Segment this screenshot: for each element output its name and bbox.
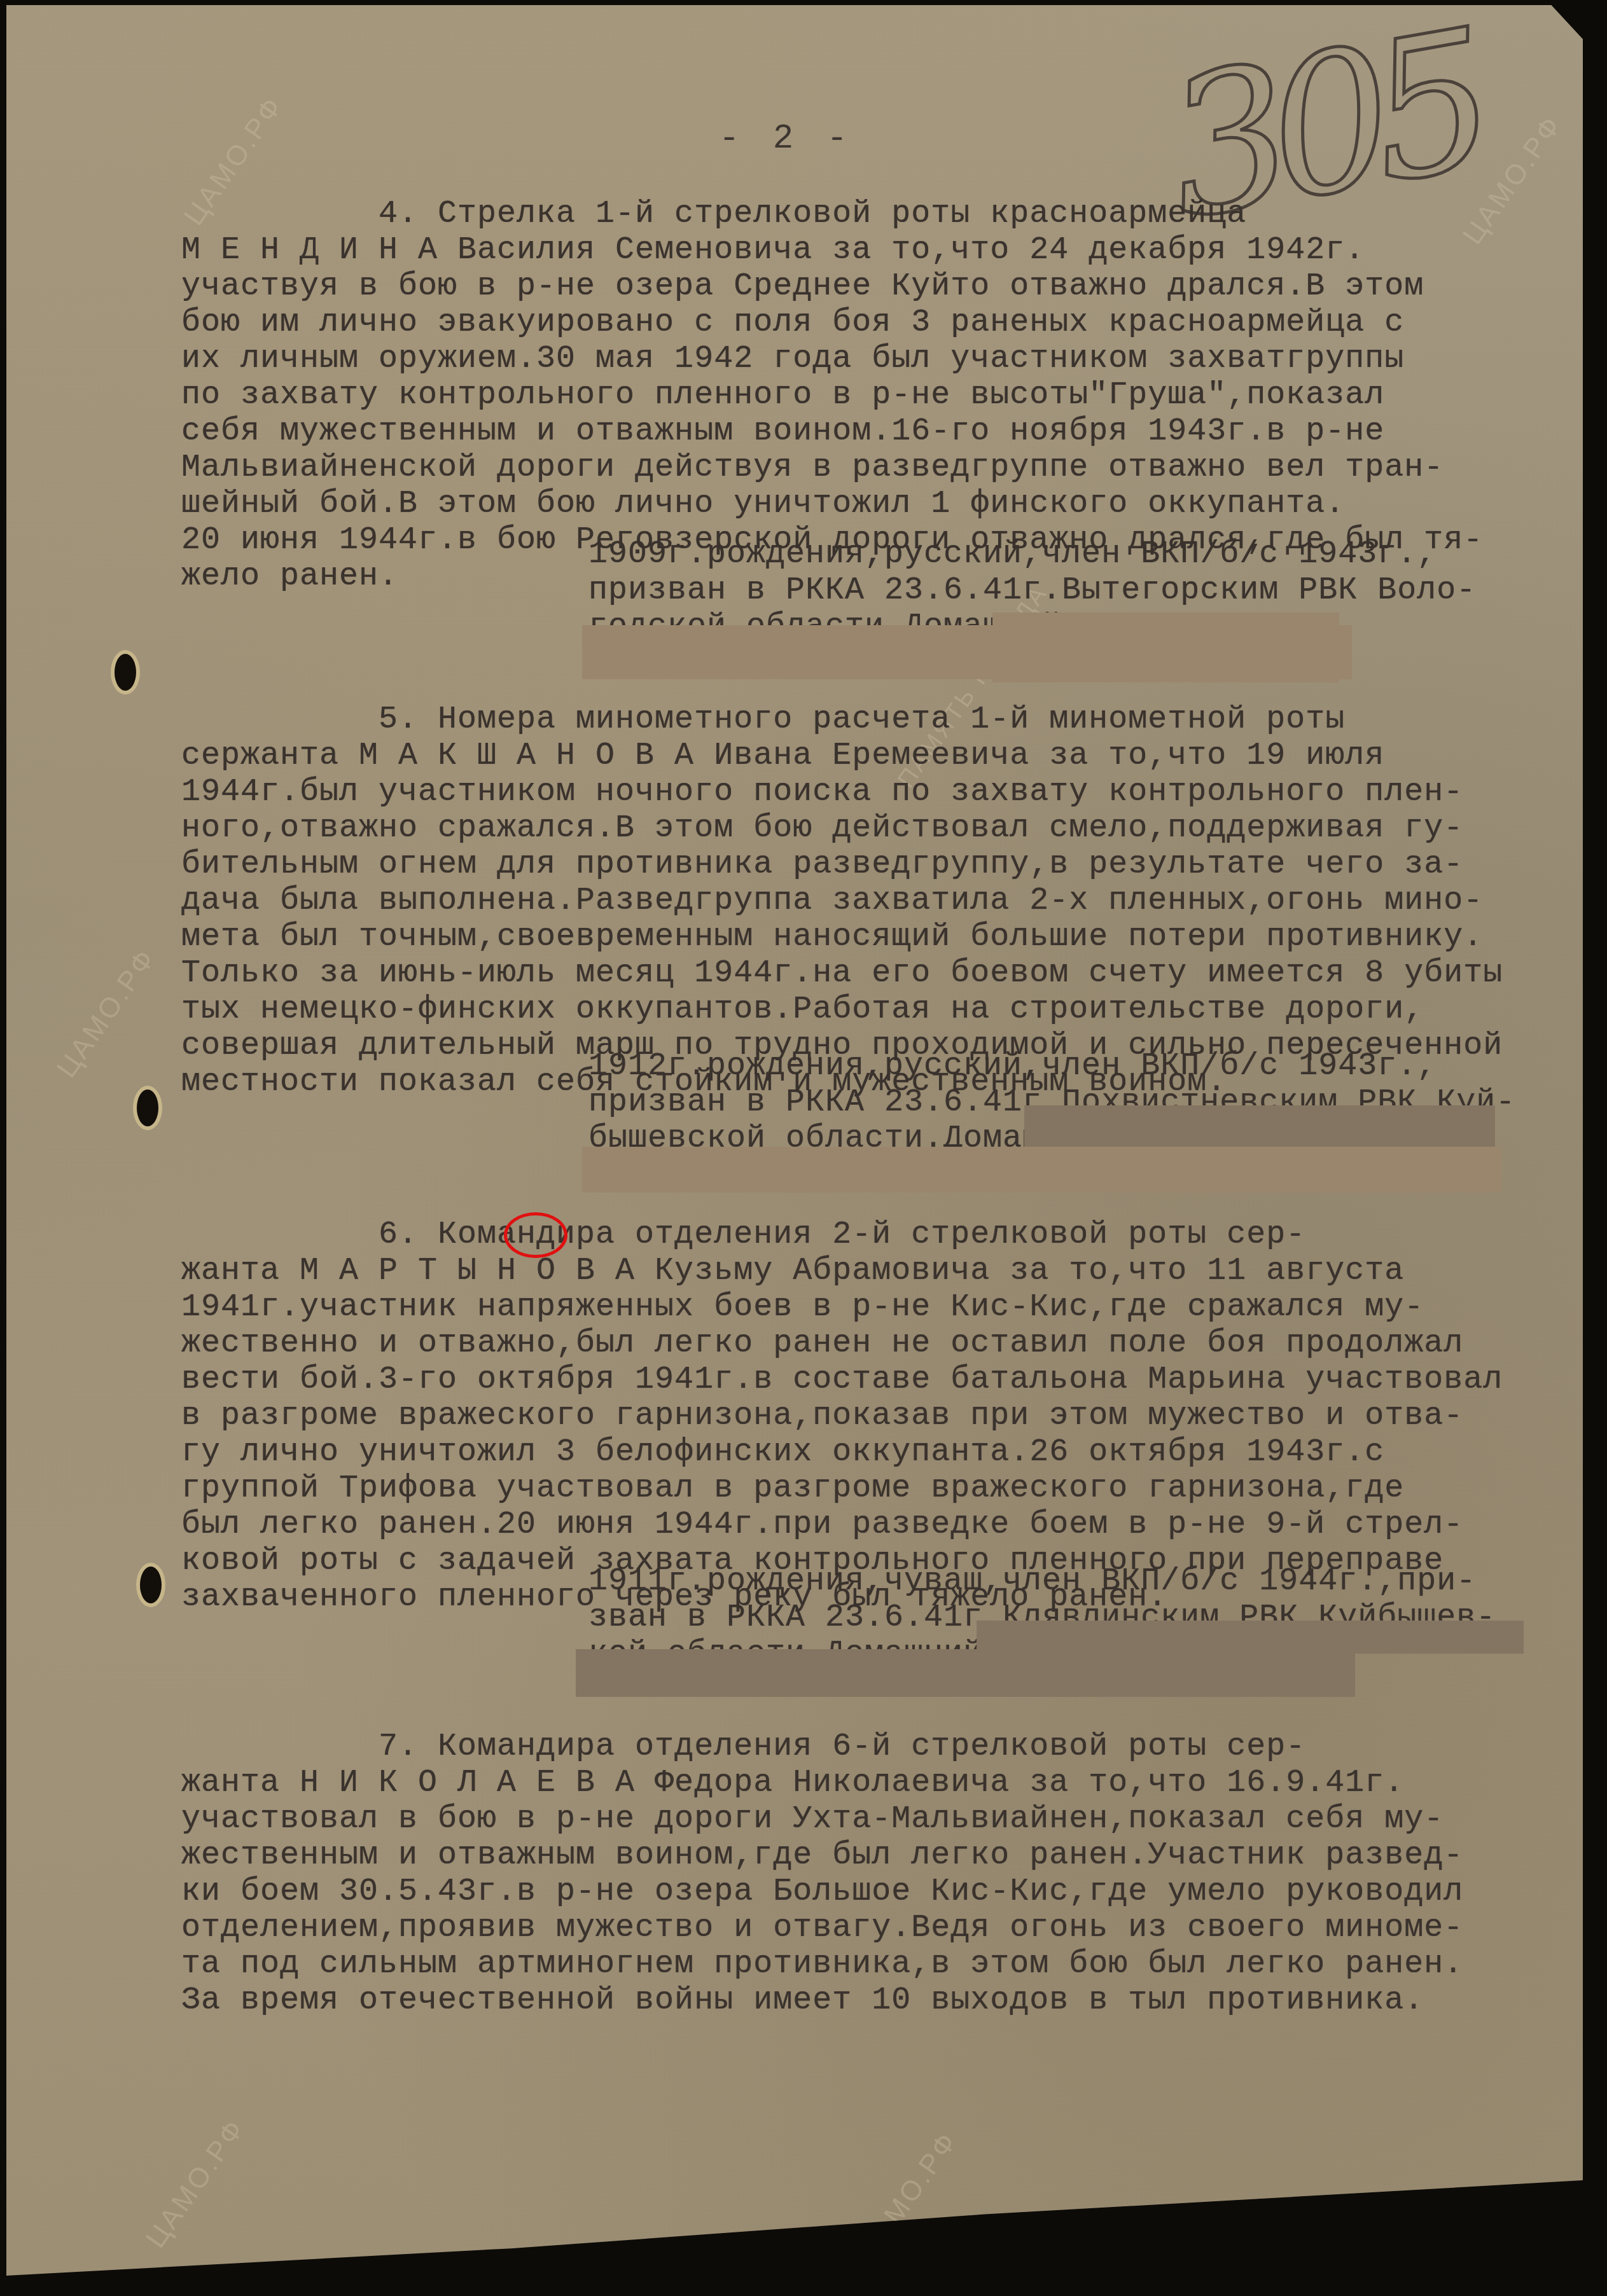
page-number: - 2 - [719, 120, 854, 158]
redaction-block [1024, 1105, 1495, 1150]
watermark: ЦАМО.РФ [51, 943, 163, 1083]
redaction-block [582, 625, 1352, 679]
redaction-block [582, 1147, 1501, 1193]
redaction-block [576, 1649, 1355, 1697]
red-circle-mark [504, 1212, 567, 1258]
binding-hole [115, 654, 136, 691]
watermark: ЦАМО.РФ [140, 2113, 252, 2253]
watermark: ЦАМО.РФ [852, 2126, 964, 2266]
award-entry-6: 6. Командира отделения 2-й стрелковой ро… [181, 1217, 1587, 1615]
binding-hole [140, 1566, 162, 1603]
award-entry-5: 5. Номера минометного расчета 1-й миноме… [181, 702, 1587, 1100]
award-entry-7: 7. Командира отделения 6-й стрелковой ро… [181, 1729, 1587, 2019]
award-entry-4: 4. Стрелка 1-й стрелковой роты красноарм… [181, 196, 1587, 595]
document-page: ЦАМО.РФ ЦАМО.РФ ЦАМО.РФ ЦАМО.РФ ЦАМО.РФ … [6, 5, 1583, 2276]
binding-hole [137, 1089, 158, 1126]
